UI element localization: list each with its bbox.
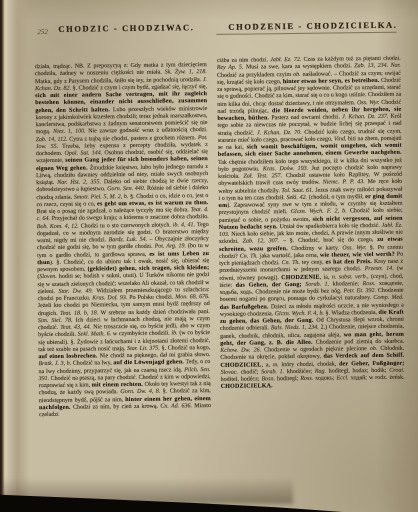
right-column-text: ciżba za nim chodzi. Jabł. Ez. 72. Czas … bbox=[217, 56, 406, 470]
running-head-left: CHODZIC - CHODZIWAC. bbox=[58, 22, 194, 34]
page-content: 252 CHODZIC - CHODZIWAC. CHODZENIE - CHO… bbox=[0, 0, 418, 47]
book-page-scan: 252 CHODZIC - CHODZIWAC. CHODZENIE - CHO… bbox=[0, 0, 418, 512]
running-head-right: CHODZENIE - CHODZICIELKA. bbox=[228, 20, 397, 32]
header-rule bbox=[216, 32, 396, 35]
text-columns: działa, trądząc. NB. Z prepozycyą z: Gdy… bbox=[35, 60, 406, 476]
page-number: 252 bbox=[37, 28, 48, 36]
bottom-scan-background bbox=[0, 488, 418, 512]
left-column-text: działa, trądząc. NB. Z prepozycyą z: Gdy… bbox=[35, 62, 212, 476]
left-page-edge bbox=[0, 0, 30, 512]
page-header: 252 CHODZIC - CHODZIWAC. CHODZENIE - CHO… bbox=[0, 0, 418, 47]
